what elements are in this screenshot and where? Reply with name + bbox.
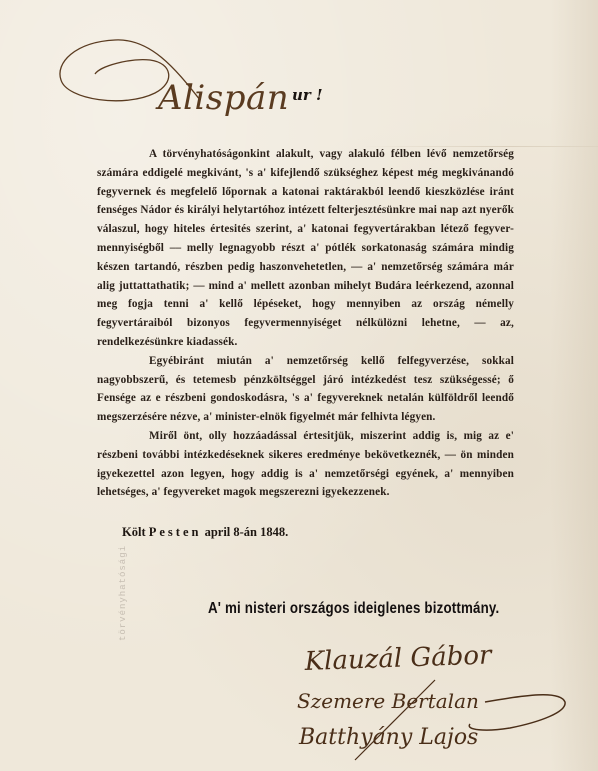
signature-2: Szemere Bertalan bbox=[297, 689, 479, 713]
committee-name: A' mi nisteri országos ideiglenes bizott… bbox=[208, 600, 499, 618]
date-value: april 8-án 1848. bbox=[205, 525, 289, 539]
signature-1: Klauzál Gábor bbox=[303, 640, 493, 677]
date-place-line: Költ Pesten april 8-án 1848. bbox=[122, 525, 288, 540]
signature-flourish-icon bbox=[469, 695, 565, 730]
margin-stamp: törvényhatósági bbox=[118, 545, 128, 641]
salutation-handwritten: Alispán bbox=[158, 78, 289, 118]
signature-3: Batthyány Lajos bbox=[298, 725, 478, 750]
date-prefix: Költ bbox=[122, 525, 146, 539]
letter-body: A törvényhatóságonkint alakult, vagy ala… bbox=[97, 145, 514, 502]
date-city: Pesten bbox=[149, 525, 202, 539]
paragraph-3: Miről önt, olly hozzáadással értesitjük,… bbox=[97, 427, 514, 502]
salutation-suffix: ur ! bbox=[292, 86, 323, 104]
signatures-block: Klauzál Gábor Szemere Bertalan Batthyány… bbox=[295, 640, 585, 765]
paragraph-2: Egyébiránt miután a' nemzetőrség kellő f… bbox=[97, 352, 514, 427]
paragraph-1: A törvényhatóságonkint alakult, vagy ala… bbox=[97, 145, 514, 352]
